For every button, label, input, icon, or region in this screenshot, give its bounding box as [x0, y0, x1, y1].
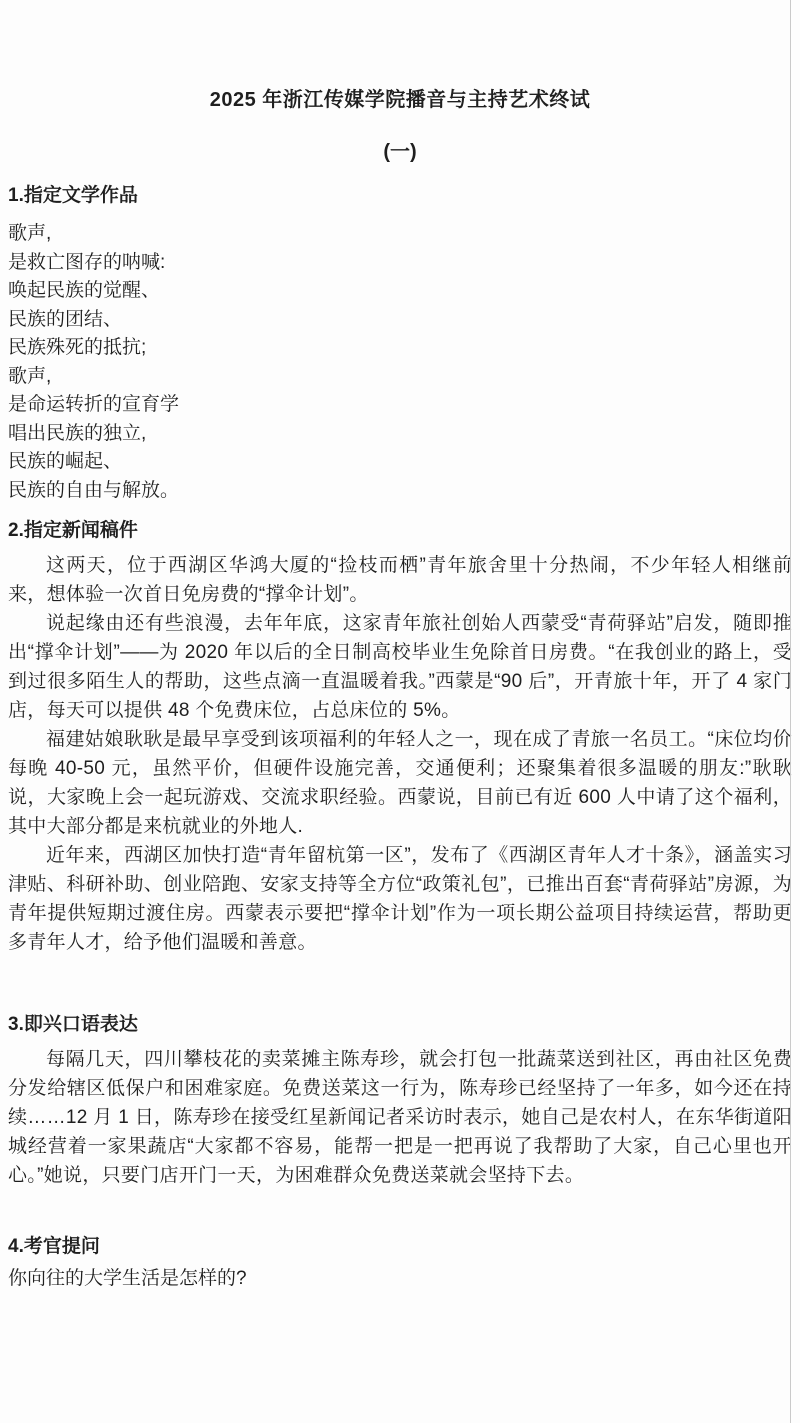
poem-line: 是救亡图存的呐喊:	[8, 249, 792, 278]
paragraph: 近年来，西湖区加快打造“青年留杭第一区”，发布了《西湖区青年人才十条》，涵盖实习…	[8, 841, 792, 957]
poem-block: 歌声, 是救亡图存的呐喊: 唤起民族的觉醒、 民族的团结、 民族殊死的抵抗; 歌…	[8, 220, 792, 505]
paragraph: 这两天，位于西湖区华鸿大厦的“捡枝而栖”青年旅舍里十分热闹，不少年轻人相继前来，…	[8, 551, 792, 609]
doc-title: 2025 年浙江传媒学院播音与主持艺术终试	[8, 88, 792, 112]
poem-line: 民族的团结、	[8, 306, 792, 335]
poem-line: 唤起民族的觉醒、	[8, 277, 792, 306]
paragraph: 福建姑娘耿耿是最早享受到该项福利的年轻人之一，现在成了青旅一名员工。“床位均价每…	[8, 725, 792, 841]
poem-line: 唱出民族的独立,	[8, 420, 792, 449]
exam-paper-page: 2025 年浙江传媒学院播音与主持艺术终试 (一) 1.指定文学作品 歌声, 是…	[0, 0, 800, 1423]
doc-subtitle: (一)	[8, 140, 792, 164]
poem-line: 民族的自由与解放。	[8, 477, 792, 506]
section-heading-examiner-question: 4.考官提问	[8, 1235, 792, 1259]
impromptu-speaking-block: 每隔几天，四川攀枝花的卖菜摊主陈寿珍，就会打包一批蔬菜送到社区，再由社区免费分发…	[8, 1045, 792, 1190]
section-heading-impromptu-speaking: 3.即兴口语表达	[8, 1013, 792, 1037]
news-script-block: 这两天，位于西湖区华鸿大厦的“捡枝而栖”青年旅舍里十分热闹，不少年轻人相继前来，…	[8, 551, 792, 957]
section-heading-news-script: 2.指定新闻稿件	[8, 519, 792, 543]
scan-edge-line	[790, 0, 791, 1423]
paragraph: 每隔几天，四川攀枝花的卖菜摊主陈寿珍，就会打包一批蔬菜送到社区，再由社区免费分发…	[8, 1045, 792, 1190]
section-heading-literary-work: 1.指定文学作品	[8, 184, 792, 208]
paragraph: 说起缘由还有些浪漫，去年年底，这家青年旅社创始人西蒙受“青荷驿站”启发，随即推出…	[8, 609, 792, 725]
page-content: 2025 年浙江传媒学院播音与主持艺术终试 (一) 1.指定文学作品 歌声, 是…	[0, 88, 800, 1293]
poem-line: 歌声,	[8, 220, 792, 249]
examiner-question-text: 你向往的大学生活是怎样的?	[8, 1264, 792, 1293]
poem-line: 是命运转折的宣育学	[8, 391, 792, 420]
poem-line: 民族的崛起、	[8, 448, 792, 477]
poem-line: 民族殊死的抵抗;	[8, 334, 792, 363]
poem-line: 歌声,	[8, 363, 792, 392]
